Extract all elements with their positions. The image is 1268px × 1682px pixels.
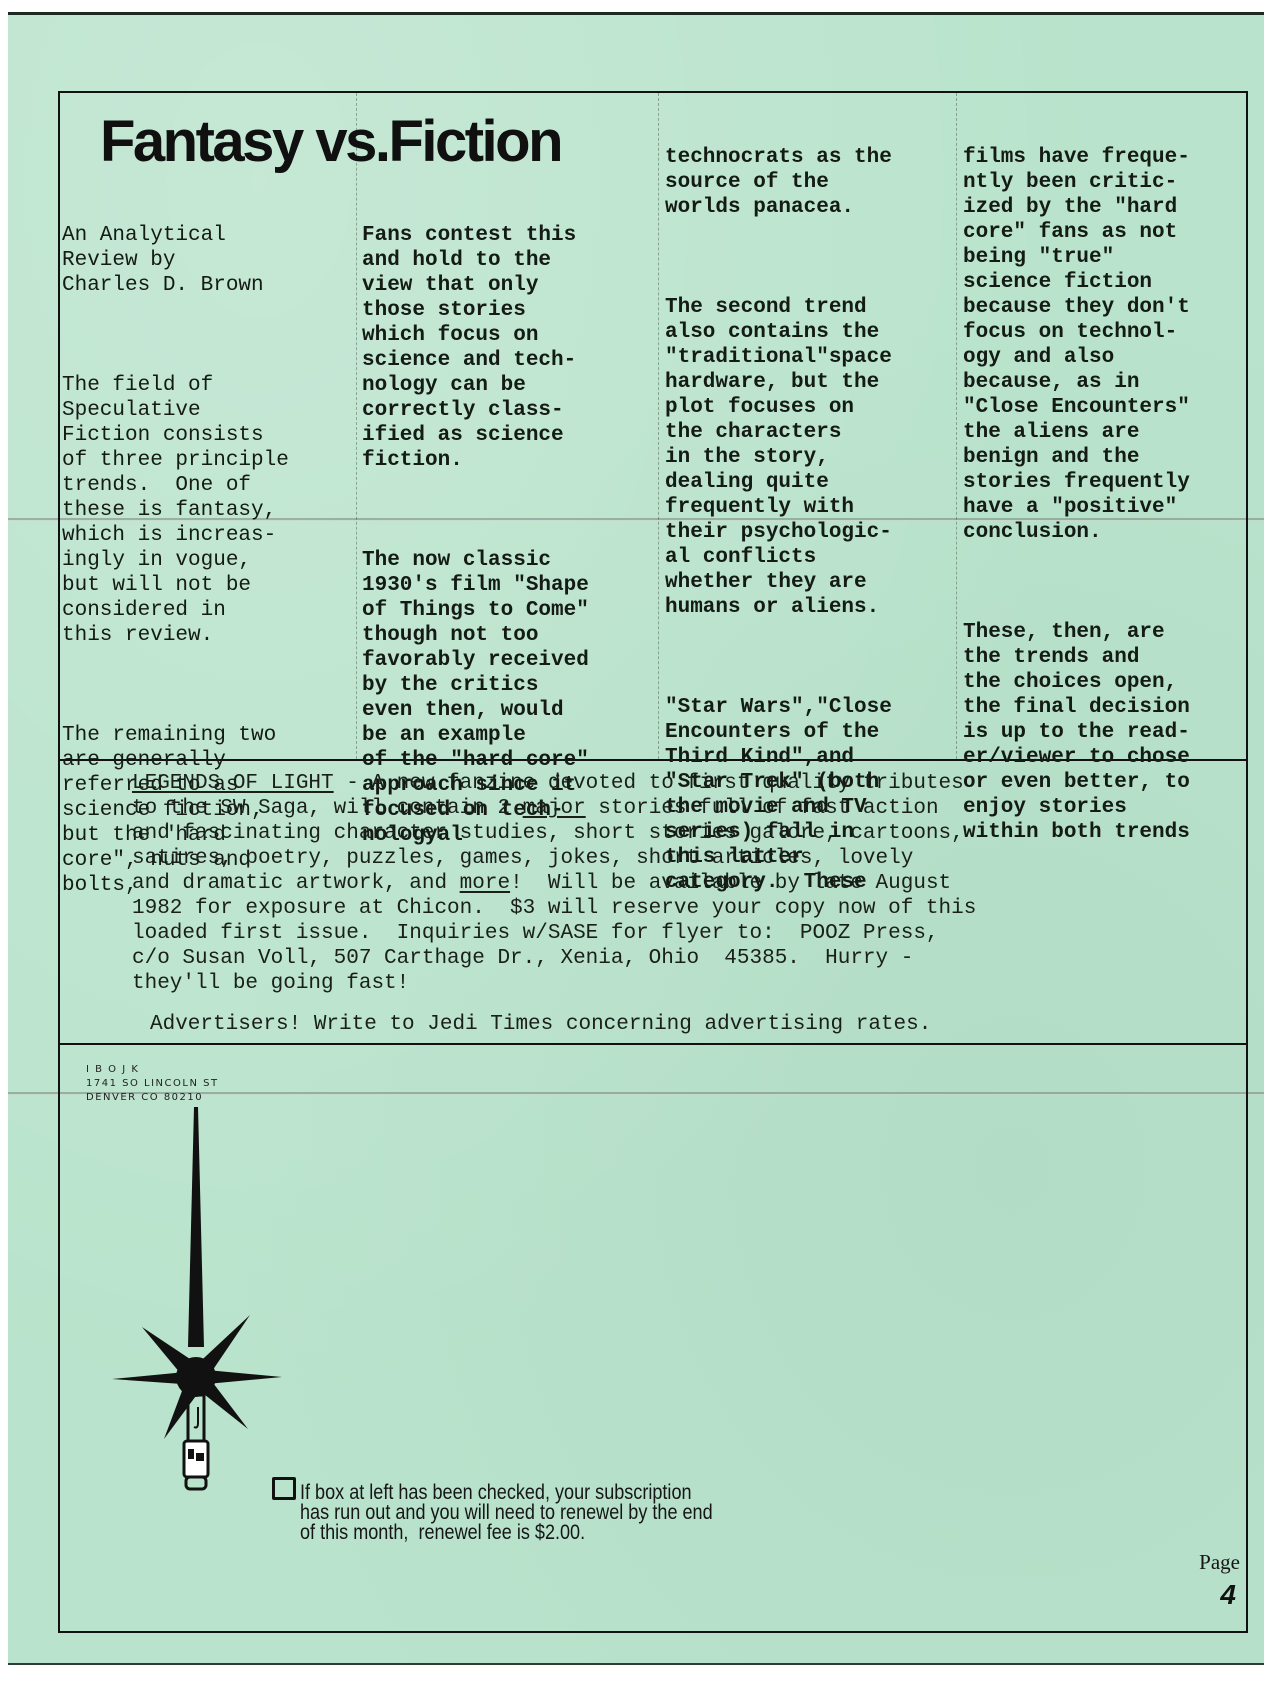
ad-text: c/o Susan Voll, 507 Carthage Dr., Xenia,… — [132, 947, 913, 970]
article-byline: An Analytical Review by Charles D. Brown — [62, 223, 289, 298]
ad-text: and dramatic artwork, and — [132, 872, 460, 895]
subscription-notice: If box at left has been checked, your su… — [300, 1483, 713, 1543]
page-label: Page — [1199, 1550, 1240, 1575]
advertisers-note: Advertisers! Write to Jedi Times concern… — [150, 1013, 931, 1036]
article-headline: Fantasy vs.Fiction — [100, 113, 561, 171]
column-divider — [956, 93, 957, 759]
ad-text: to the SW Saga, will contain 2 — [132, 797, 523, 820]
mailing-section: I B O J K 1741 SO LINCOLN ST DENVER CO 8… — [60, 1043, 1246, 1633]
address-line: I B O J K — [86, 1064, 139, 1075]
ad-emphasis: major — [523, 797, 586, 820]
ad-text: stories full of fast action — [586, 797, 939, 820]
article-paragraph: The second trend also contains the "trad… — [665, 295, 892, 620]
ad-text: loaded first issue. Inquiries w/SASE for… — [132, 922, 939, 945]
article-paragraph: Fans contest this and hold to the view t… — [362, 223, 589, 473]
advertisement-body: LEGENDS OF LIGHT - A new fanzine devoted… — [132, 771, 976, 996]
subscription-checkbox[interactable] — [272, 1477, 296, 1500]
address-line: 1741 SO LINCOLN ST — [86, 1078, 219, 1089]
article-paragraph: The field of Speculative Fiction consist… — [62, 373, 289, 648]
ad-text: - A new fanzine devoted to first quality… — [334, 772, 964, 795]
ad-emphasis: more — [460, 872, 510, 895]
lightsaber-starburst-icon — [112, 1107, 292, 1507]
column-divider — [658, 93, 659, 759]
article-paragraph: films have freque- ntly been critic- ize… — [963, 145, 1190, 545]
page-frame: Fantasy vs.Fiction An Analytical Review … — [58, 91, 1248, 1633]
column-divider — [356, 93, 357, 759]
address-line: DENVER CO 80210 — [86, 1092, 203, 1103]
ad-text: 1982 for exposure at Chicon. $3 will res… — [132, 897, 976, 920]
page-number: 4 — [1220, 1579, 1236, 1611]
ad-text: ! Will be available by late August — [510, 872, 951, 895]
ad-text: satires, poetry, puzzles, games, jokes, … — [132, 847, 913, 870]
advertisement-section: LEGENDS OF LIGHT - A new fanzine devoted… — [60, 759, 1246, 1045]
mailing-address: I B O J K 1741 SO LINCOLN ST DENVER CO 8… — [86, 1063, 219, 1105]
ad-title: LEGENDS OF LIGHT — [132, 772, 334, 795]
article-section: Fantasy vs.Fiction An Analytical Review … — [60, 93, 1246, 761]
ad-text: and fascinating character studies, short… — [132, 822, 964, 845]
article-paragraph: technocrats as the source of the worlds … — [665, 145, 892, 220]
newsletter-page: Fantasy vs.Fiction An Analytical Review … — [8, 12, 1264, 1665]
ad-text: they'll be going fast! — [132, 972, 409, 995]
